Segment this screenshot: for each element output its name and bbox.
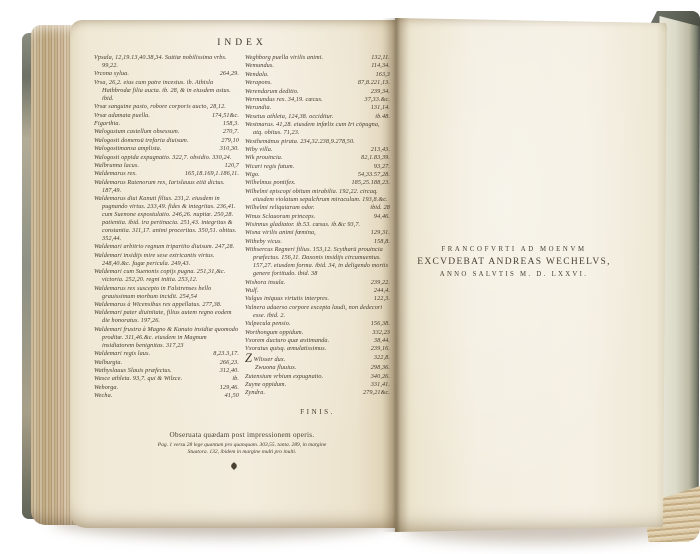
index-entry: Walogosti domensū trefaria diuisum.279,1… — [94, 137, 239, 145]
index-entry: ZWlisser dux.322,8. — [245, 354, 390, 364]
fleuron-ornament-icon — [92, 458, 376, 476]
finis-label: FINIS. — [245, 408, 390, 416]
index-entry: Zwuona fluuius.298,36. — [245, 364, 390, 372]
index-entry: Wathyslauus Slauis præfectus.312,40. — [94, 367, 239, 375]
index-title: INDEX — [92, 38, 392, 48]
index-entry: Waldemari arbitrio regnum tripartito diu… — [94, 243, 239, 251]
index-entry: Wishora insula.239,22. — [245, 279, 390, 287]
index-entry: Wesetus athleta, 124,38. occiditur.ib.48… — [245, 113, 390, 121]
index-entry: Vulpecula pensio.156,38. — [245, 320, 390, 328]
errata-heading: Obseruata quædam post impressionem operi… — [92, 431, 392, 439]
index-entry: Wemundus.114,34. — [245, 62, 390, 70]
index-entry: Waldemarus rex suscepto in Falstrenses b… — [94, 285, 239, 301]
index-entry: Worthongum oppidum.332,23 — [245, 329, 390, 337]
index-entry: Waldemari regis laus.8,23.3,17. — [94, 350, 239, 358]
index-entry: Wisna virilis animi fœmina,129,31. — [245, 229, 390, 237]
index-entry: Walogosti oppida expugnatio. 322,7. obsi… — [94, 154, 239, 162]
section-dropcap: Z — [245, 355, 252, 361]
index-entry: Walbrunna lacus.120,7 — [94, 162, 239, 170]
index-entry: Westmarus. 41,28. eiusdem infœlix cum Ir… — [245, 121, 390, 137]
index-entry: Weborga.129,46. — [94, 384, 239, 392]
colophon-line-printer: EXCVDEBAT ANDREAS WECHELVS, — [402, 257, 626, 267]
index-entry: Werapons.87,8.221,13. — [245, 79, 390, 87]
index-entry: Waldemarus rex.165,18.169,1.186,11. — [94, 170, 239, 178]
index-entry: Wigo.54,33.57,28. — [245, 171, 390, 179]
colophon-line-year: ANNO SALVTIS M. D. LXXVI. — [402, 271, 626, 278]
index-entry: Waldemarus diui Kanuti filius. 231,2. ei… — [94, 195, 239, 243]
index-entry: Wecha.41,50 — [94, 392, 239, 400]
index-entry: Zutensium vrbium expugnatio.340,26. — [245, 373, 390, 381]
colophon-line-place: FRANCOFVRTI AD MOENVM — [402, 246, 626, 253]
index-entry: Waldemarus Rutenorum rex, Iarislauus eti… — [94, 179, 239, 195]
index-entry: Wulf.244,4. — [245, 287, 390, 295]
index-entry: Waldemari insidijs mire sese extricantis… — [94, 252, 239, 268]
index-entry: Walburgia.266,23. — [94, 359, 239, 367]
open-book-photo: INDEX Vpsala, 12,19.13,40.38,34. Suttiæ … — [0, 0, 700, 554]
index-column-2: Weghborg puella virilis animi.132,11.Wem… — [245, 54, 390, 416]
index-entry: Weghborg puella virilis animi.132,11. — [245, 54, 390, 62]
index-entry: Wisinnus gladiator. ib.53. cæsus. ib.&c … — [245, 221, 390, 229]
index-entry: Wilhelmus pontifex.185,25.188,23. — [245, 179, 390, 187]
index-column-1: Vpsala, 12,19.13,40.38,34. Suttiæ nobili… — [94, 54, 239, 416]
index-entry: Witheby vicus.158,8. — [245, 238, 390, 246]
index-entry: Vxoratus quisq. æmulatissimus.239,16. — [245, 345, 390, 353]
index-entry: Westhemānus pirata. 234,32.238,9.278,50. — [245, 138, 390, 146]
index-entry: Vpsala, 12,19.13,40.38,34. Suttiæ nobili… — [94, 54, 239, 70]
index-entry: Vrsæ adamata puella.174,51&c. — [94, 112, 239, 120]
index-entry: Waldemarus à Wicensibus rex appellatus. … — [94, 301, 239, 309]
index-entry: Werendarum deditio.239,34. — [245, 88, 390, 96]
index-entry: Wiby villa.213,43. — [245, 146, 390, 154]
index-entry: Walogustum castellum obsessum.270,7. — [94, 128, 239, 136]
index-entry: Vxorem ducturo quæ æstimanda.38,44. — [245, 337, 390, 345]
index-entry: Withsercus Regneri filius. 153,12. Scyth… — [245, 246, 390, 278]
index-entry: Wendala.163,3 — [245, 71, 390, 79]
index-columns: Vpsala, 12,19.13,40.38,34. Suttiæ nobili… — [92, 54, 392, 416]
index-entry: Winus Sclauorum princeps.94,46. — [245, 213, 390, 221]
index-entry: Zuyne oppidum.331,41. — [245, 381, 390, 389]
index-entry: Waldemari pater diuinitate, filius autem… — [94, 309, 239, 325]
index-entry: Walogostimansa amplista.310,30. — [94, 145, 239, 153]
left-page-content: INDEX Vpsala, 12,19.13,40.38,34. Suttiæ … — [92, 20, 392, 526]
index-entry: Wik prouincia.82,1.83,39. — [245, 154, 390, 162]
index-entry: Figarthia.158,3. — [94, 120, 239, 128]
index-entry: Zyndra.279,21&c. — [245, 389, 390, 397]
index-entry: Waldemari frustra à Magno & Kanuto insid… — [94, 326, 239, 350]
index-entry: Wilhelmi reliquiarum odor.ibid. 28 — [245, 204, 390, 212]
index-entry: Wicari regis fatum.93,27. — [245, 163, 390, 171]
index-entry: Wermundus rex. 34,19. cæcus.37,33.&c. — [245, 96, 390, 104]
index-entry: Wasce athleta. 93,7. qui & Wilzce.ib. — [94, 375, 239, 383]
index-entry: Vulgus iniquus virtutis interpres.122,3. — [245, 295, 390, 303]
index-entry: Waldemari cum Suenonis copijs pugna. 251… — [94, 268, 239, 284]
colophon: FRANCOFVRTI AD MOENVM EXCVDEBAT ANDREAS … — [402, 246, 626, 278]
index-entry: Vrcona sylua.264,29. — [94, 70, 239, 78]
errata-section: Obseruata quædam post impressionem operi… — [92, 431, 392, 476]
index-entry: Wilhelmi episcopi obitum mirabilia. 192,… — [245, 188, 390, 204]
index-entry: Vulnera aduerso corpore excepta laudi, n… — [245, 304, 390, 320]
index-entry: Vrsa, 26,2. eius cum patre incestus. ib.… — [94, 79, 239, 103]
index-entry: Werundia.131,14. — [245, 104, 390, 112]
index-entry: Vrsæ sanguine pasto, robore corporis auc… — [94, 103, 239, 111]
errata-line: Pag. 1 versu 28 lege quantum pro quanqua… — [92, 442, 392, 449]
errata-line: Stuatora. 132, ibidem in margine multi p… — [92, 449, 392, 456]
